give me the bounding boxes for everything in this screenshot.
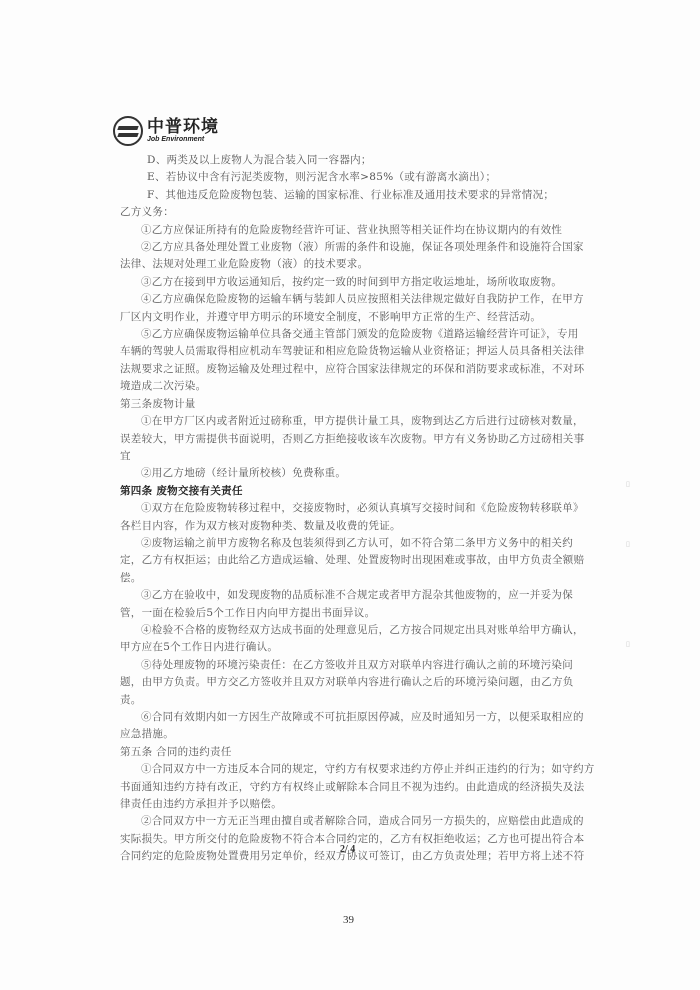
text-line: 应急措施。 — [120, 726, 598, 743]
text-line: ①双方在危险废物转移过程中，交接废物时，必须认真填写交接时间和《危险废物转移联单… — [120, 500, 598, 517]
text-line: ②用乙方地磅（经计量所校核）免费称重。 — [120, 465, 598, 482]
text-line: 厂区内文明作业，并遵守甲方明示的环境安全制度，不影响甲方正常的生产、经营活动。 — [120, 309, 598, 326]
text-line: 宜 — [120, 448, 598, 465]
text-line: 法规要求之证照。废物运输及处理过程中，应符合国家法律规定的环保和消防要求或标准，… — [120, 361, 598, 378]
text-line: 误差较大，甲方需提供书面说明，否则乙方拒绝接收该车次废物。甲方有义务协助乙方过磅… — [120, 431, 598, 448]
company-logo: 中普环境 Job Environment — [113, 116, 219, 146]
seal-fragment: ▯ — [626, 480, 640, 488]
text-line: ⑤乙方应确保废物运输单位具备交通主管部门颁发的危险废物《道路运输经营许可证》，专… — [120, 326, 598, 343]
logo-name-cn: 中普环境 — [147, 118, 219, 136]
document-page: 中普环境 Job Environment D、两类及以上废物人为混合装入同一容器… — [0, 0, 700, 990]
text-line: F、其他违反危险废物包装、运输的国家标准、行业标准及通用技术要求的异常情况； — [120, 187, 598, 204]
seal-fragment: ▯ — [626, 540, 640, 548]
text-line: 题，由甲方负责。甲方交乙方签收并且双方对联单内容进行确认之后的环境污染问题，由乙… — [120, 674, 598, 691]
text-line: ⑤待处理废物的环境污染责任：在乙方签收并且双方对联单内容进行确认之前的环境污染问 — [120, 657, 598, 674]
text-line: 车辆的驾驶人员需取得相应机动车驾驶证和相应危险货物运输从业资格证；押运人员具备相… — [120, 343, 598, 360]
text-line: 书面通知违约方持有改正，守约方有权终止或解除本合同且不视为违约。由此造成的经济损… — [120, 779, 598, 796]
text-line: 境造成二次污染。 — [120, 378, 598, 395]
logo-icon — [113, 116, 143, 146]
text-line: ①乙方应保证所持有的危险废物经营许可证、营业执照等相关证件均在协议期内的有效性 — [120, 222, 598, 239]
text-line: ②合同双方中一方无正当理由擅自或者解除合同，造成合同另一方损失的，应赔偿由此造成… — [120, 813, 598, 830]
text-line: ③乙方在验收中，如发现废物的品质标准不合规定或者甲方混杂其他废物的，应一并妥为保 — [120, 587, 598, 604]
text-line: 第三条废物计量 — [120, 396, 598, 413]
text-line: ④检验不合格的废物经双方达成书面的处理意见后，乙方按合同规定出具对账单给甲方确认… — [120, 622, 598, 639]
text-line: 各栏目内容，作为双方核对废物种类、数量及收费的凭证。 — [120, 518, 598, 535]
seal-fragment: ▯ — [626, 640, 640, 648]
text-line: ③乙方在接到甲方收运通知后，按约定一致的时间到甲方指定收运地址，场所收取废物。 — [120, 274, 598, 291]
text-line: ①在甲方厂区内或者附近过磅称重，甲方提供计量工具，废物到达乙方后进行过磅核对数量… — [120, 413, 598, 430]
text-line: ④乙方应确保危险废物的运输车辆与装卸人员应按照相关法律规定做好自我防护工作，在甲… — [120, 291, 598, 308]
text-line: 律责任由违约方承担并予以赔偿。 — [120, 796, 598, 813]
text-line: 偿。 — [120, 570, 598, 587]
text-line: 实际损失。甲方所交付的危险废物不符合本合同约定的，乙方有权拒绝收运；乙方也可提出… — [120, 831, 598, 848]
text-line: ①合同双方中一方违反本合同的规定，守约方有权要求违约方停止并纠正违约的行为；如守… — [120, 761, 598, 778]
text-line: ②废物运输之前甲方废物名称及包装须得到乙方认可，如不符合第二条甲方义务中的相关约 — [120, 535, 598, 552]
text-line: D、两类及以上废物人为混合装入同一容器内； — [120, 152, 598, 169]
text-line: 第五条 合同的违约责任 — [120, 744, 598, 761]
text-line: E、若协议中含有污泥类废物，则污泥含水率>85%（或有游离水滴出）； — [120, 169, 598, 186]
text-line: 法律、法规对处理工业危险废物（液）的技术要求。 — [120, 256, 598, 273]
logo-name-en: Job Environment — [147, 136, 219, 144]
section-heading: 第四条 废物交接有关责任 — [120, 483, 598, 500]
text-line: 乙方义务： — [120, 204, 598, 221]
text-line: 合同约定的危险废物处置费用另定单价，经双方协议可签订，由乙方负责处理；若甲方将上… — [120, 848, 598, 865]
text-line: 管，一面在检验后5个工作日内向甲方提出书面异议。 — [120, 605, 598, 622]
page-number: 39 — [343, 914, 354, 926]
text-line: 定，乙方有权拒运；由此给乙方造成运输、处理、处置废物时出现困难或事故，由甲方负责… — [120, 552, 598, 569]
text-line: ②乙方应具备处理处置工业废物（液）所需的条件和设施，保证各项处理条件和设施符合国… — [120, 239, 598, 256]
text-line: 甲方应在5个工作日内进行确认。 — [120, 639, 598, 656]
contract-body: D、两类及以上废物人为混合装入同一容器内；E、若协议中含有污泥类废物，则污泥含水… — [120, 152, 598, 866]
text-line: 责。 — [120, 692, 598, 709]
page-indicator: 2/ 4 — [340, 844, 355, 855]
text-line: ⑥合同有效期内如一方因生产故障或不可抗拒原因停减，应及时通知另一方，以便采取相应… — [120, 709, 598, 726]
